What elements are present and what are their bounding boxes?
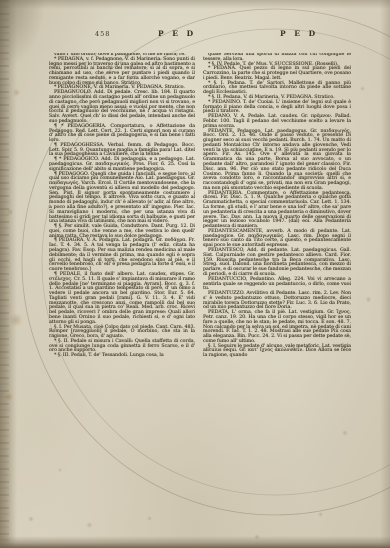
dictionary-paragraph: PEDANTERIA. Commentare, o Affettazione p… (203, 192, 351, 230)
dictionary-paragraph: ¶ * PEDAGOGICO. Add. Di pedagogia, e a p… (49, 158, 195, 172)
text-column-left: vano l' uno ordito; dove il padiglione, … (49, 53, 195, 437)
foxing-spot (28, 516, 34, 522)
page-number: 458 (95, 30, 110, 38)
dictionary-paragraph: PEDANO, V. A. Pedale. Lat. caudex. Gr. π… (203, 115, 351, 129)
scanned-dictionary-page: 458 P E D P E D vano l' uno ordito; dove… (0, 0, 390, 548)
foxing-spot (366, 296, 371, 303)
dictionary-paragraph: ¶ PEDAGRA. V. A. Podagra. Lat. podagra. … (49, 239, 195, 272)
foxing-spot (360, 86, 365, 91)
foxing-spot (58, 468, 62, 472)
text-column-right: quale Serviola una sporta di mazza con c… (203, 53, 351, 437)
dictionary-paragraph: * PEDANA. Quel pezzo di legno in sul pia… (203, 67, 351, 81)
dictionary-paragraph: * PEDAGNA, v. f. Pedagnone. V. di Marine… (49, 58, 195, 87)
foxing-spot (254, 534, 260, 540)
dictionary-paragraph: * §. I. Pedana. T. de' Sartori. Malletto… (203, 82, 351, 96)
foxing-spot (7, 208, 13, 216)
dictionary-paragraph: * §. III. Pedali, T. de' Tessandoli. Lun… (49, 354, 195, 359)
dictionary-paragraph: PEDANTUCCIO, Pedantino. Alleg. 224. Voi … (203, 278, 351, 292)
dictionary-paragraph: PEDANTESCAMENTE, avverb. A modo di pedan… (203, 230, 351, 249)
foxing-spot (86, 522, 93, 528)
foxing-spot (5, 392, 13, 402)
dictionary-paragraph: PEDATA, L' orma, che fa il piè. Lat. ves… (203, 311, 351, 344)
running-head-right-column: P E D (280, 29, 318, 38)
dictionary-paragraph: PEDAGNUOLO. Add. Di pedale. Cresc. lib. … (49, 91, 195, 124)
foxing-spot (318, 512, 323, 517)
dictionary-paragraph: PEDANTE. Pedagogo. Lat. paedagogus. Gr. … (203, 130, 351, 192)
dictionary-paragraph: §. I. Seguire le pedate d' alcuno, vale … (203, 345, 351, 359)
dictionary-paragraph: PEDANTESCO, Add. di pedante. Lat. paedag… (203, 249, 351, 278)
foxing-spot (10, 312, 22, 328)
dictionary-paragraph: §. I. Per Musata, cioè Colpo dato col pi… (49, 326, 195, 340)
dictionary-paragraph: * PEDANINO. T. de' Cuoiai. L' insieme de… (203, 101, 351, 115)
foxing-spot (13, 88, 20, 97)
running-head-left-column: P E D (158, 29, 196, 38)
dictionary-paragraph: ¶ PEDAGOGO. Quegli che guida i fanciulli… (49, 173, 195, 226)
foxing-spot (147, 516, 152, 521)
dictionary-paragraph: PEDANTUZZO. Avvilitivo di Pedante. Lasc.… (203, 292, 351, 311)
dictionary-paragraph: ¶ PEDALE, il fusto dell' albero. Lat. ca… (49, 273, 195, 326)
dictionary-paragraph: ¶ * PEDAGOGERIA. Comportatura, o Affetta… (49, 125, 195, 144)
